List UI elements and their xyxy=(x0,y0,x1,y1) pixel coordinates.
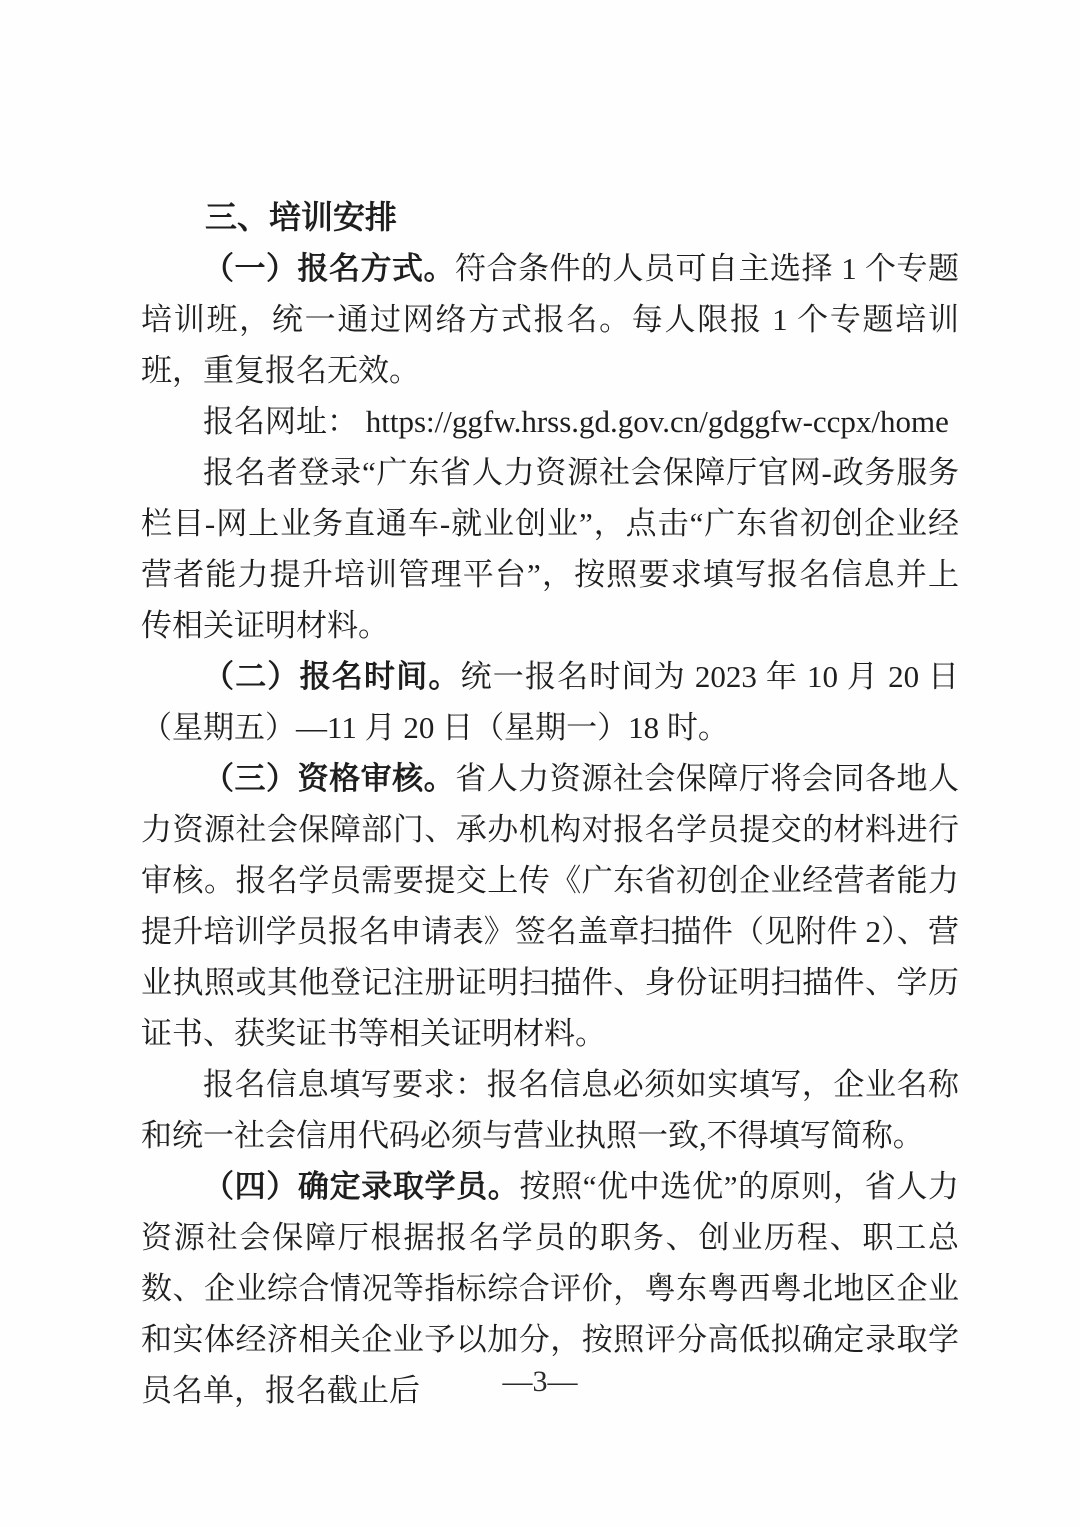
registration-url-text: 报名网址： https://ggfw.hrss.gd.gov.cn/gdggfw… xyxy=(203,404,949,439)
paragraph-lead: （四）确定录取学员。 xyxy=(203,1169,519,1204)
page-number: —3— xyxy=(0,1365,1080,1399)
paragraph-lead: （一）报名方式。 xyxy=(203,251,455,286)
paragraph-qualification-review: （三）资格审核。省人力资源社会保障厅将会同各地人力资源社会保障部门、承办机构对报… xyxy=(141,753,959,1059)
paragraph-lead: （三）资格审核。 xyxy=(203,761,455,796)
paragraph-text: 报名信息填写要求：报名信息必须如实填写，企业名称和统一社会信用代码必须与营业执照… xyxy=(141,1067,959,1153)
paragraph-text: 报名者登录“广东省人力资源社会保障厅官网-政务服务栏目-网上业务直通车-就业创业… xyxy=(141,455,959,643)
document-page: 三、培训安排 （一）报名方式。符合条件的人员可自主选择 1 个专题培训班，统一通… xyxy=(0,0,1080,1527)
paragraph-lead: （二）报名时间。 xyxy=(203,659,461,694)
paragraph-registration-url: 报名网址： https://ggfw.hrss.gd.gov.cn/gdggfw… xyxy=(141,396,959,447)
paragraph-registration-time: （二）报名时间。统一报名时间为 2023 年 10 月 20 日（星期五）—11… xyxy=(141,651,959,753)
paragraph-text: 省人力资源社会保障厅将会同各地人力资源社会保障部门、承办机构对报名学员提交的材料… xyxy=(141,761,959,1051)
section-heading: 三、培训安排 xyxy=(141,192,959,243)
document-body: 三、培训安排 （一）报名方式。符合条件的人员可自主选择 1 个专题培训班，统一通… xyxy=(141,192,959,1416)
paragraph-login-instructions: 报名者登录“广东省人力资源社会保障厅官网-政务服务栏目-网上业务直通车-就业创业… xyxy=(141,447,959,651)
paragraph-fill-requirements: 报名信息填写要求：报名信息必须如实填写，企业名称和统一社会信用代码必须与营业执照… xyxy=(141,1059,959,1161)
paragraph-registration-method: （一）报名方式。符合条件的人员可自主选择 1 个专题培训班，统一通过网络方式报名… xyxy=(141,243,959,396)
